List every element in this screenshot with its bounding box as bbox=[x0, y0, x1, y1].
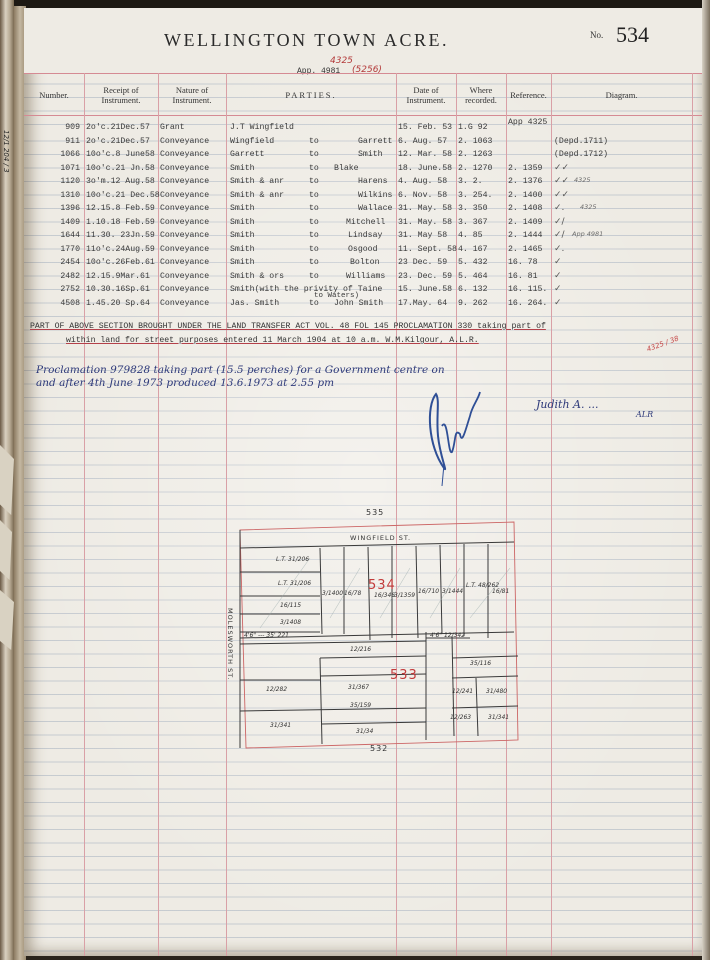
lot-label: 3/1444 bbox=[442, 588, 463, 595]
cell-receipt: 10o'c.21 Dec.58 bbox=[86, 191, 160, 200]
cell-to-word: to bbox=[309, 204, 319, 213]
check-mark-icon: ✓✓ bbox=[554, 176, 569, 186]
cell-to-party: Harens bbox=[358, 177, 387, 186]
table-row: 2482 12.15.9Mar.61 Conveyance Smith & or… bbox=[24, 271, 702, 285]
cell-receipt: 12.15.8 Feb.59 bbox=[86, 204, 155, 213]
cell-where-recorded: 3. 2. bbox=[458, 177, 483, 186]
cell-number: 1409 bbox=[24, 218, 80, 227]
cell-from-party: Garrett bbox=[230, 150, 264, 159]
signature: Judith A. ... bbox=[536, 398, 598, 411]
cell-from-party: Jas. Smith bbox=[230, 299, 279, 308]
lot-label: 31/341 bbox=[270, 722, 291, 729]
table-row: 1644 11.30. 23Jn.59 Conveyance Smith to … bbox=[24, 230, 702, 244]
cell-where-recorded: 2. 1063 bbox=[458, 137, 492, 146]
cell-to-party: John Smith bbox=[334, 299, 383, 308]
column-header-nature: Nature of Instrument. bbox=[158, 75, 226, 115]
header-top-rule bbox=[24, 73, 702, 74]
adjacent-acre-bottom: 532 bbox=[370, 744, 388, 753]
lot-label: 16/115 bbox=[280, 602, 301, 609]
cell-receipt: 10.30.16Sp.61 bbox=[86, 285, 150, 294]
table-row: 1120 3o'm.12 Aug.58 Conveyance Smith & a… bbox=[24, 176, 702, 190]
adjacent-acre-top: 535 bbox=[366, 508, 384, 517]
cell-receipt: 1.10.18 Feb.59 bbox=[86, 218, 155, 227]
cell-where-recorded: 3. 367 bbox=[458, 218, 487, 227]
cell-date: 18. June.58 bbox=[398, 164, 452, 173]
folio-number: 534 bbox=[616, 22, 649, 48]
red-pencil-margin-note: 4325 / 38 bbox=[646, 335, 680, 354]
column-header-diagram: Diagram. bbox=[551, 75, 692, 115]
column-header-reference: Reference. bbox=[506, 75, 551, 115]
cell-to-word: to bbox=[309, 245, 319, 254]
cell-from-party: Smith bbox=[230, 231, 255, 240]
pencil-annotation: App 4981 bbox=[572, 230, 603, 238]
check-mark-icon: ✓✓ bbox=[554, 163, 569, 173]
cell-to-word: to bbox=[309, 150, 319, 159]
lot-label: L.T. 31/206 bbox=[276, 556, 309, 563]
cell-reference: 2. 1408 bbox=[508, 204, 542, 213]
cell-reference: 16. 81 bbox=[508, 272, 537, 281]
cell-from-party: Smith & anr bbox=[230, 191, 284, 200]
check-mark-icon: ✓/ bbox=[554, 217, 565, 227]
column-header-parties: PARTIES. bbox=[226, 75, 396, 115]
cell-receipt: 1.45.20 Sp.64 bbox=[86, 299, 150, 308]
check-mark-icon: ✓/ bbox=[554, 230, 565, 240]
dimension-label: 4'6" --- 35' 221 bbox=[244, 632, 289, 639]
cell-nature: Conveyance bbox=[160, 218, 209, 227]
cell-date: 15. June.58 bbox=[398, 285, 452, 294]
acre-number-lower: 533 bbox=[390, 668, 418, 683]
table-row: 1310 10o'c.21 Dec.58 Conveyance Smith & … bbox=[24, 190, 702, 204]
cell-to-word: to bbox=[309, 258, 319, 267]
cell-reference: 2. 1465 bbox=[508, 245, 542, 254]
table-row: 2454 10o'c.26Feb.61 Conveyance Smith to … bbox=[24, 257, 702, 271]
cell-from-party: Smith bbox=[230, 245, 255, 254]
cell-receipt: 3o'm.12 Aug.58 bbox=[86, 177, 155, 186]
cell-date: 11. Sept. 58 bbox=[398, 245, 457, 254]
table-row: 911 2o'c.21Dec.57 Conveyance Wingfield t… bbox=[24, 136, 702, 150]
page-title: WELLINGTON TOWN ACRE. bbox=[164, 30, 449, 51]
cell-receipt: 11.30. 23Jn.59 bbox=[86, 231, 155, 240]
cell-to-word: to bbox=[309, 177, 319, 186]
pencil-annotation: 4325 bbox=[580, 203, 597, 211]
cell-from-party: Smith & ors bbox=[230, 272, 284, 281]
lot-label: 16/710 bbox=[418, 588, 439, 595]
lot-label: 12/263 bbox=[450, 714, 471, 721]
cell-number: 1644 bbox=[24, 231, 80, 240]
cell-where-recorded: 4. 167 bbox=[458, 245, 487, 254]
cell-to-party: Williams bbox=[346, 272, 385, 281]
cell-nature: Conveyance bbox=[160, 258, 209, 267]
cell-where-recorded: 3. 254. bbox=[458, 191, 492, 200]
pencil-annotation: 4325 bbox=[574, 176, 591, 184]
column-header-where-recorded: Where recorded. bbox=[456, 75, 506, 115]
check-mark-icon: ✓ bbox=[554, 257, 562, 267]
table-row: 1770 11o'c.24Aug.59 Conveyance Smith to … bbox=[24, 244, 702, 258]
handwritten-note-line-1: Proclamation 979828 taking part (15.5 pe… bbox=[36, 364, 445, 376]
lot-label: 16/81 bbox=[492, 588, 509, 595]
lot-label: 16/78 bbox=[344, 590, 361, 597]
cell-diagram: (Depd.1712) bbox=[554, 150, 608, 159]
cell-nature: Conveyance bbox=[160, 272, 209, 281]
street-label-top: WINGFIELD ST. bbox=[350, 534, 411, 542]
cell-nature: Conveyance bbox=[160, 191, 209, 200]
lot-label: 12/241 bbox=[452, 688, 473, 695]
cell-number: 2482 bbox=[24, 272, 80, 281]
folio-label: No. bbox=[590, 30, 603, 40]
book-top-shadow bbox=[0, 0, 710, 8]
table-row: 1071 10o'c.21 Jn.58 Conveyance Smith to … bbox=[24, 163, 702, 177]
lot-label: 12/282 bbox=[266, 686, 287, 693]
cell-to-party: Bolton bbox=[350, 258, 379, 267]
cell-date: 15. Feb. 53 bbox=[398, 123, 452, 132]
lot-label: 31/367 bbox=[348, 684, 369, 691]
cell-reference: 2. 1444 bbox=[508, 231, 542, 240]
table-row: 1409 1.10.18 Feb.59 Conveyance Smith to … bbox=[24, 217, 702, 231]
cell-date: 12. Mar. 58 bbox=[398, 150, 452, 159]
cell-number: 909 bbox=[24, 123, 80, 132]
cell-number: 4508 bbox=[24, 299, 80, 308]
cell-to-party: Wallace bbox=[358, 204, 392, 213]
check-mark-icon: ✓✓ bbox=[554, 190, 569, 200]
cell-to-word: to bbox=[309, 137, 319, 146]
cell-date: 6. Nov. 58 bbox=[398, 191, 447, 200]
cell-where-recorded: 1.G 92 bbox=[458, 123, 487, 132]
cell-from-party: J.T Wingfield bbox=[230, 123, 294, 132]
cell-receipt: 10o'c.8 June58 bbox=[86, 150, 155, 159]
cell-where-recorded: 4. 85 bbox=[458, 231, 483, 240]
cell-receipt: 2o'c.21Dec.57 bbox=[86, 123, 150, 132]
cell-where-recorded: 9. 262 bbox=[458, 299, 487, 308]
cell-from-party: Smith bbox=[230, 258, 255, 267]
cell-number: 1120 bbox=[24, 177, 80, 186]
cell-to-word: to bbox=[309, 218, 319, 227]
cell-where-recorded: 5. 432 bbox=[458, 258, 487, 267]
survey-plan-diagram: 535 WINGFIELD ST. MOLESWORTH ST. 534 533… bbox=[230, 508, 520, 758]
cell-reference: 16. 78 bbox=[508, 258, 537, 267]
cell-from-party: Wingfield bbox=[230, 137, 274, 146]
cell-date: 6. Aug. 57 bbox=[398, 137, 447, 146]
cell-receipt: 11o'c.24Aug.59 bbox=[86, 245, 155, 254]
cell-receipt: 12.15.9Mar.61 bbox=[86, 272, 150, 281]
column-header-date: Date of Instrument. bbox=[396, 75, 456, 115]
page-edge bbox=[702, 0, 710, 960]
cell-from-party: Smith bbox=[230, 218, 255, 227]
table-row: 4508 1.45.20 Sp.64 Conveyance Jas. Smith… bbox=[24, 298, 702, 312]
cell-nature: Grant bbox=[160, 123, 185, 132]
cell-number: 1310 bbox=[24, 191, 80, 200]
cell-date: 4. Aug. 58 bbox=[398, 177, 447, 186]
cell-to-party: Garrett bbox=[358, 137, 392, 146]
dimension-label: 4'6" 12/342 bbox=[430, 632, 465, 639]
cell-where-recorded: 5. 464 bbox=[458, 272, 487, 281]
cell-date: 31. May 58 bbox=[398, 231, 447, 240]
blue-ink-signature-icon bbox=[422, 386, 482, 486]
lot-label: 3/1400 bbox=[322, 590, 343, 597]
cell-to-party: Blake bbox=[334, 164, 359, 173]
cell-receipt: 2o'c.21Dec.57 bbox=[86, 137, 150, 146]
lot-label: L.T. 31/206 bbox=[278, 580, 311, 587]
lot-label: 3/1408 bbox=[280, 619, 301, 626]
cell-nature: Conveyance bbox=[160, 245, 209, 254]
cell-to-party: Lindsay bbox=[348, 231, 382, 240]
lot-label: 16/346 bbox=[374, 592, 395, 599]
check-mark-icon: ✓. bbox=[554, 244, 564, 254]
cell-from-party: Smith & anr bbox=[230, 177, 284, 186]
cell-diagram: (Depd.1711) bbox=[554, 137, 608, 146]
lot-label: 31/34 bbox=[356, 728, 373, 735]
cell-reference: 2. 1400 bbox=[508, 191, 542, 200]
column-header-receipt: Receipt of Instrument. bbox=[84, 75, 158, 115]
cell-nature: Conveyance bbox=[160, 231, 209, 240]
table-row: 909 2o'c.21Dec.57 Grant J.T Wingfield 15… bbox=[24, 122, 702, 136]
acre-number-this: 534 bbox=[368, 578, 396, 593]
cell-to-word: to bbox=[309, 164, 319, 173]
cell-reference: 16. 115. bbox=[508, 285, 547, 294]
table-row: 1396 12.15.8 Feb.59 Conveyance Smith to … bbox=[24, 203, 702, 217]
cell-nature: Conveyance bbox=[160, 299, 209, 308]
cell-where-recorded: 3. 350 bbox=[458, 204, 487, 213]
column-header-number: Number. bbox=[24, 75, 84, 115]
cell-where-recorded: 2. 1270 bbox=[458, 164, 492, 173]
cell-to-party: Osgood bbox=[348, 245, 377, 254]
cell-nature: Conveyance bbox=[160, 177, 209, 186]
cell-to-word: to bbox=[309, 272, 319, 281]
check-mark-icon: ✓ bbox=[554, 298, 562, 308]
cell-to-word: to bbox=[309, 299, 319, 308]
cell-nature: Conveyance bbox=[160, 150, 209, 159]
cell-from-party: Smith(with the privity of Taine bbox=[230, 285, 382, 294]
cell-date: 31. May. 58 bbox=[398, 218, 452, 227]
statute-note-line-1: PART OF ABOVE SECTION BROUGHT UNDER THE … bbox=[30, 322, 546, 331]
table-row: 1066 10o'c.8 June58 Conveyance Garrett t… bbox=[24, 149, 702, 163]
cell-nature: Conveyance bbox=[160, 137, 209, 146]
cell-date: 17.May. 64 bbox=[398, 299, 447, 308]
cell-reference: 16. 264. bbox=[508, 299, 547, 308]
lot-label: 35/116 bbox=[470, 660, 491, 667]
lot-label: 31/480 bbox=[486, 688, 507, 695]
lot-label: 3/1359 bbox=[394, 592, 415, 599]
cell-from-party: Smith bbox=[230, 164, 255, 173]
cell-from-party: Smith bbox=[230, 204, 255, 213]
header-bottom-rule bbox=[24, 115, 702, 116]
statute-note-line-2: within land for street purposes entered … bbox=[66, 336, 479, 345]
cell-nature: Conveyance bbox=[160, 164, 209, 173]
lot-label: 31/341 bbox=[488, 714, 509, 721]
cell-to-word: to bbox=[309, 231, 319, 240]
handwritten-note-line-2: and after 4th June 1973 produced 13.6.19… bbox=[36, 377, 334, 389]
left-margin-handwriting: 12/1 204 / 3 bbox=[2, 130, 10, 173]
cell-reference: 2. 1359 bbox=[508, 164, 542, 173]
table-row: 2752 10.30.16Sp.61 Conveyance Smith(with… bbox=[24, 284, 702, 298]
cell-receipt: 10o'c.21 Jn.58 bbox=[86, 164, 155, 173]
cell-number: 1066 bbox=[24, 150, 80, 159]
cell-date: 31. May. 58 bbox=[398, 204, 452, 213]
street-label-left: MOLESWORTH ST. bbox=[226, 608, 234, 680]
cell-number: 1396 bbox=[24, 204, 80, 213]
cell-number: 911 bbox=[24, 137, 80, 146]
cell-number: 2752 bbox=[24, 285, 80, 294]
cell-to-party: Mitchell bbox=[346, 218, 385, 227]
cell-where-recorded: 6. 132 bbox=[458, 285, 487, 294]
cell-nature: Conveyance bbox=[160, 285, 209, 294]
cell-date: 23. Dec. 59 bbox=[398, 272, 452, 281]
cell-reference: 2. 1409 bbox=[508, 218, 542, 227]
cell-to-party: Smith bbox=[358, 150, 383, 159]
lot-label: 12/216 bbox=[350, 646, 371, 653]
cell-number: 1770 bbox=[24, 245, 80, 254]
check-mark-icon: ✓ bbox=[554, 284, 562, 294]
cell-to-party: Wilkins bbox=[358, 191, 392, 200]
cell-reference: App 4325 bbox=[508, 118, 547, 127]
cell-receipt: 10o'c.26Feb.61 bbox=[86, 258, 155, 267]
check-mark-icon: ✓. bbox=[554, 203, 564, 213]
cell-number: 2454 bbox=[24, 258, 80, 267]
check-mark-icon: ✓ bbox=[554, 271, 562, 281]
cell-date: 23 Dec. 59 bbox=[398, 258, 447, 267]
signature-title: ALR bbox=[636, 410, 653, 419]
lot-label: 35/159 bbox=[350, 702, 371, 709]
ledger-page: WELLINGTON TOWN ACRE. No. 534 App. 4981 … bbox=[24, 8, 702, 956]
cell-where-recorded: 2. 1263 bbox=[458, 150, 492, 159]
application-reference-handwritten: 4325 bbox=[330, 56, 353, 66]
cell-reference: 2. 1376 bbox=[508, 177, 542, 186]
cell-number: 1071 bbox=[24, 164, 80, 173]
cell-nature: Conveyance bbox=[160, 204, 209, 213]
cell-to-word: to bbox=[309, 191, 319, 200]
